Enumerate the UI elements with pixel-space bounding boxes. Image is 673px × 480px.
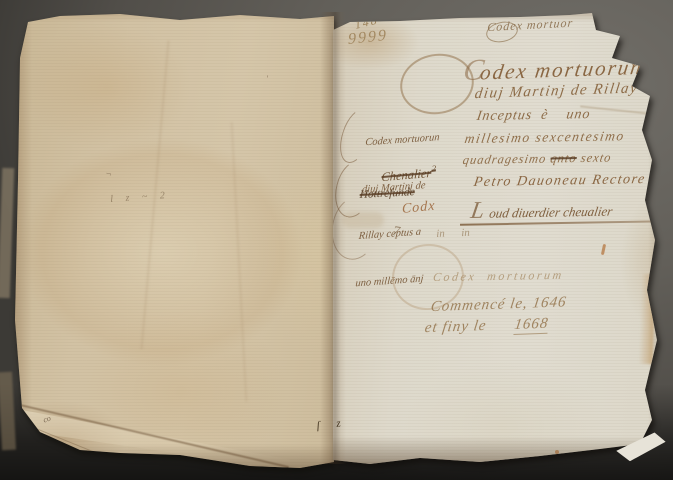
- spine-shadow: [320, 12, 346, 464]
- title-line-3: Inceptus è uno: [475, 107, 591, 125]
- title-line-4: millesimo sexcentesimo: [463, 128, 626, 147]
- line7-text: oud diuerdier cheualier: [488, 204, 613, 221]
- date-ended-prefix: et finy le: [424, 318, 488, 336]
- line5-struck-word: qnto: [549, 151, 577, 165]
- line5-word2: sexto: [576, 150, 613, 165]
- faint-title: Codex mortuorum: [432, 268, 564, 285]
- title-line-6: Petro Dauoneau Rectore: [472, 172, 646, 191]
- struck-word-superscript: 2: [431, 163, 436, 173]
- page-edge-shade: [648, 12, 670, 464]
- margin-line-1: Codex mortuorun: [365, 130, 440, 151]
- faint-word-pair: in in: [436, 227, 470, 240]
- title-line-5: quadragesimo qnto sexto: [462, 150, 613, 168]
- right-page: Codex mortuor 148 9999 Codex mortuorun d…: [330, 12, 670, 464]
- date-ended-year: 1668: [513, 316, 550, 335]
- struck-word-text: Chenalier: [381, 166, 432, 184]
- manuscript-photo: ¬ l z ~ 2 co ' Codex mortuor 148 9999 Co…: [0, 0, 673, 480]
- pen-gap: [486, 329, 514, 330]
- line5-word1: quadragesimo: [462, 151, 552, 167]
- date-ended-line: et finy le1668: [424, 316, 550, 337]
